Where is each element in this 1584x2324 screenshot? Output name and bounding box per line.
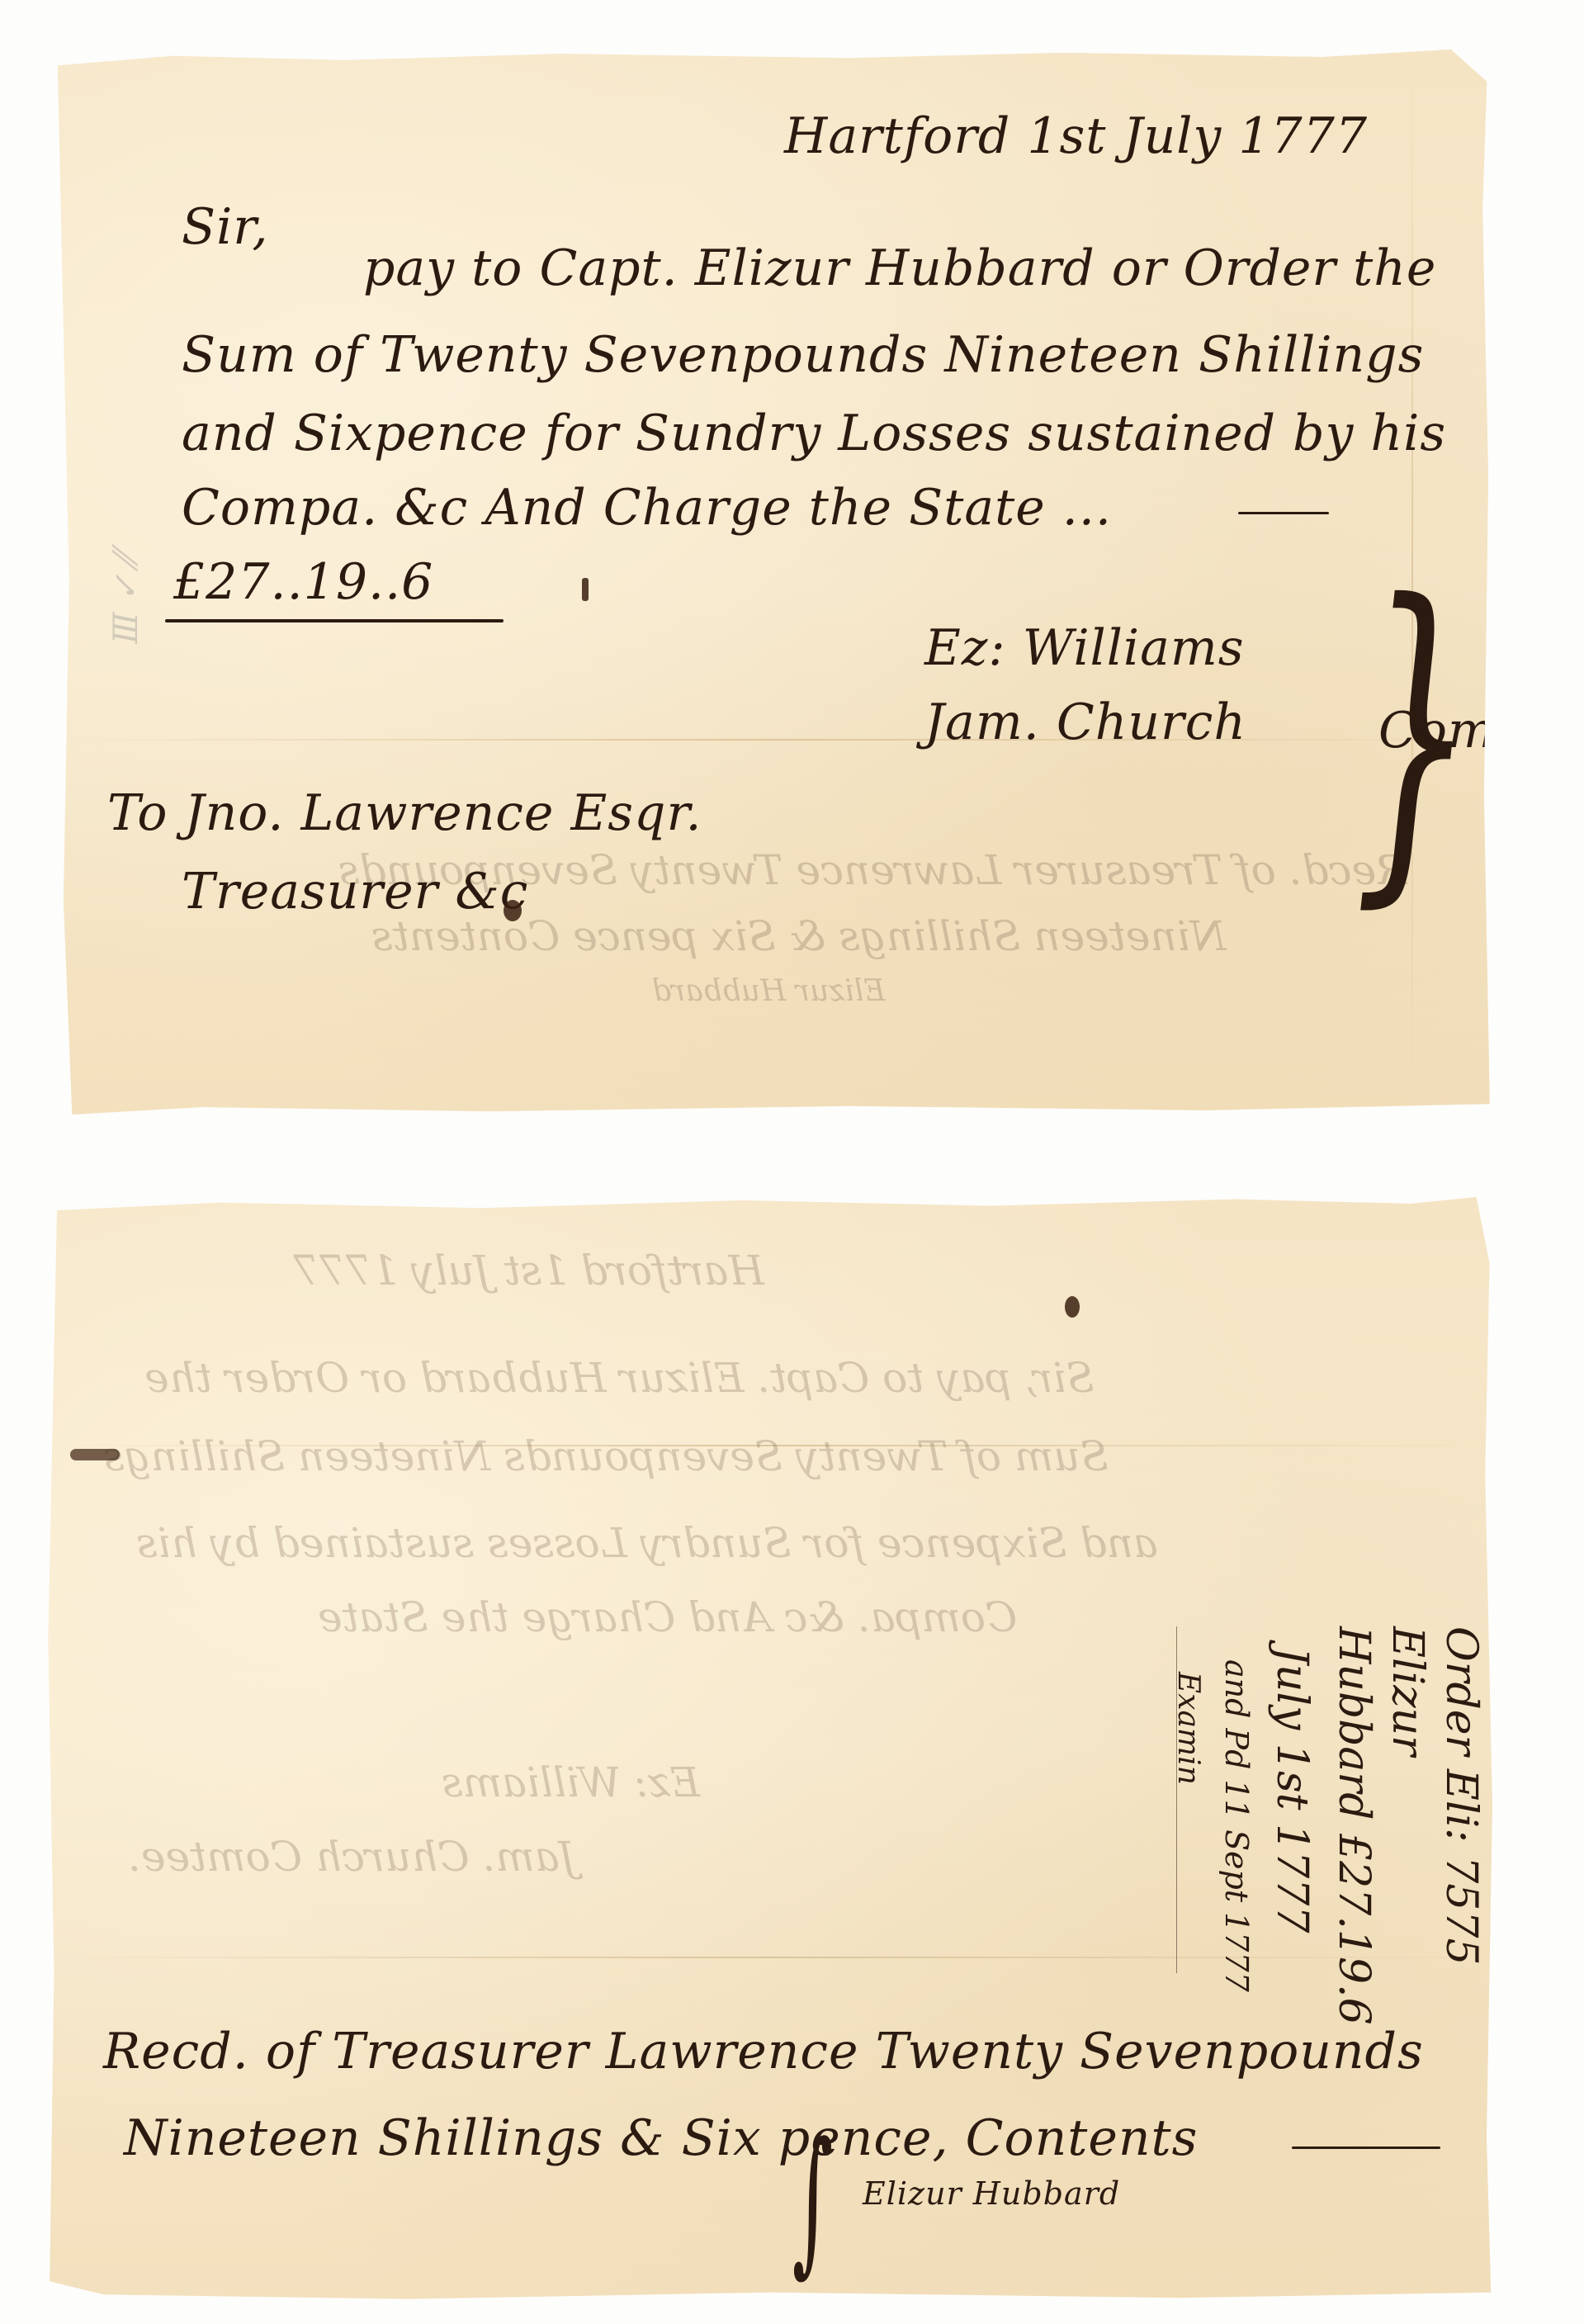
- amount: £27..19..6: [173, 553, 433, 611]
- amount-underline: [165, 619, 504, 622]
- bleedthrough-line: Ez: Williams: [442, 1758, 700, 1806]
- addressee-line: Treasurer &c: [182, 863, 528, 921]
- salutation: Sir,: [182, 198, 268, 256]
- body-line: Compa. &c And Charge the State ...: [182, 479, 1112, 537]
- receipt-signature-flourish: ∫: [792, 2122, 834, 2279]
- document-back-sheet: Hartford 1st July 1777 Sir, pay to Capt.…: [45, 1197, 1498, 2303]
- endorsement-line: and Pd 11 Sept 1777: [1218, 1659, 1255, 1992]
- bleedthrough-line: Sum of Twenty Sevenpounds Nineteen Shill…: [103, 1432, 1109, 1480]
- ink-bleed-strike: [70, 1449, 120, 1460]
- bleedthrough-line: Elizur Hubbard: [652, 974, 886, 1008]
- body-line: and Sixpence for Sundry Losses sustained…: [182, 405, 1446, 462]
- document-front-sheet: Recd. of Treasurer Lawrence Twenty Seven…: [58, 50, 1494, 1115]
- pencil-notation: Ⅲ ✓ ⁄⁄: [107, 552, 145, 644]
- signature-church: Jam. Church: [924, 693, 1246, 751]
- docket-rule: [1176, 1626, 1177, 1973]
- line-filler-dash: [1238, 512, 1329, 514]
- bleedthrough-line: Sir, pay to Capt. Elizur Hubbard or Orde…: [144, 1354, 1095, 1402]
- endorsement-line: Order Eli: 7575: [1436, 1626, 1486, 1966]
- signature-williams: Ez: Williams: [924, 619, 1245, 677]
- bleedthrough-line: and Sixpence for Sundry Losses sustained…: [136, 1519, 1158, 1567]
- body-line: pay to Capt. Elizur Hubbard or Order the: [363, 239, 1436, 297]
- ink-mark: [582, 578, 589, 601]
- fold-line: [45, 1957, 1498, 1958]
- endorsement-line: Hubbard £27.19.6: [1329, 1626, 1378, 2025]
- line-filler-dash: [1292, 2147, 1440, 2149]
- bleedthrough-line: Hartford 1st July 1777: [293, 1247, 764, 1295]
- body-line: Sum of Twenty Sevenpounds Nineteen Shill…: [182, 326, 1424, 384]
- receipt-line: Nineteen Shillings & Six pence, Contents: [124, 2109, 1198, 2167]
- ink-blot: [1065, 1296, 1080, 1318]
- receipt-signature: Elizur Hubbard: [863, 2175, 1120, 2212]
- ink-blot: [504, 900, 522, 921]
- addressee-line: To Jno. Lawrence Esqr.: [107, 784, 702, 842]
- dateline: Hartford 1st July 1777: [784, 107, 1368, 165]
- endorsement-line: July 1st 1777: [1267, 1647, 1317, 1933]
- receipt-line: Recd. of Treasurer Lawrence Twenty Seven…: [103, 2023, 1424, 2080]
- fold-line: [58, 739, 1494, 741]
- bleedthrough-line: Jam. Church Comtee.: [128, 1833, 576, 1881]
- bleedthrough-line: Compa. &c And Charge the State: [318, 1593, 1017, 1641]
- endorsement-line: Elizur: [1383, 1626, 1432, 1756]
- committee-title: Comtee.: [1378, 702, 1584, 760]
